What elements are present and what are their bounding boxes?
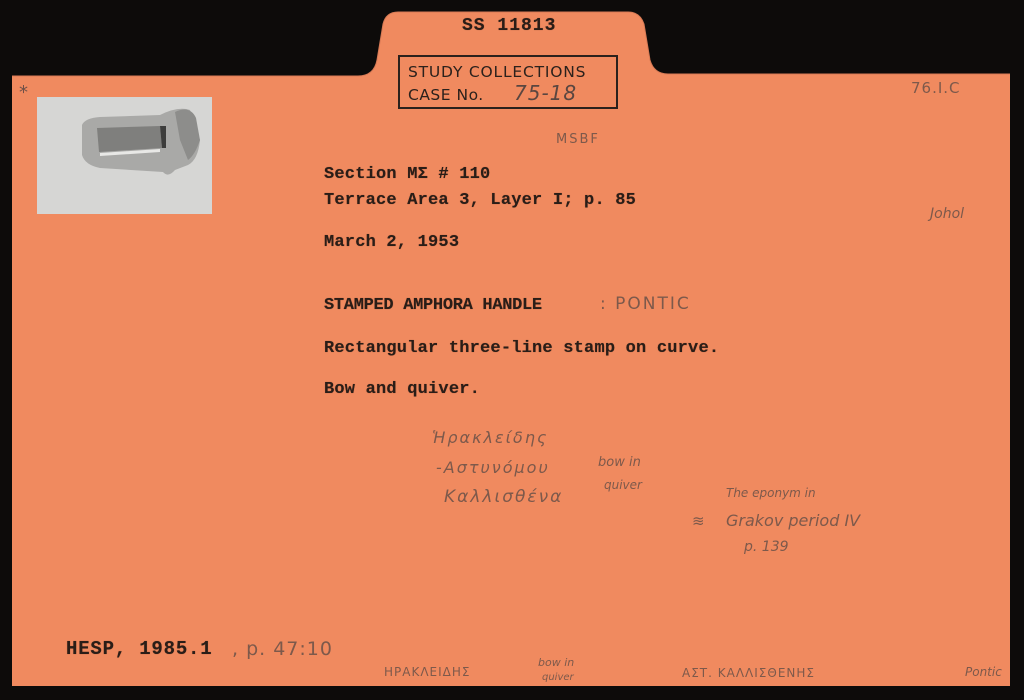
photo-handle-image [37, 97, 212, 214]
footer-greek-name: ΗΡΑΚΛΕΙΔΗΣ [384, 665, 470, 679]
description-line-1: Rectangular three-line stamp on curve. [324, 339, 719, 358]
eponym-note-line-1: The eponym in [726, 486, 816, 500]
greek-astynomos-line: -Αστυνόμου [436, 458, 550, 477]
object-type-pencil-suffix: : PONTIC [600, 294, 691, 314]
stamp-case-number: 75-18 [514, 81, 577, 105]
eponym-note-line-2: Grakov period IV [726, 511, 860, 530]
corner-asterisk-mark: * [19, 82, 28, 103]
section-line: Section MΣ # 110 [324, 165, 490, 184]
hesperia-reference: HESP, 1985.1 [66, 638, 212, 660]
margin-initials: Johol [930, 206, 964, 222]
hesperia-page-reference: , p. 47:10 [232, 638, 333, 660]
scribble-mark-icon: ≋ [692, 512, 705, 530]
bow-note-line-2: quiver [604, 478, 642, 492]
top-right-note: 76.I.C [911, 79, 961, 97]
location-line: Terrace Area 3, Layer I; p. 85 [324, 191, 636, 210]
greek-name-line: Ἡρακλείδης [432, 428, 548, 447]
tab-catalog-number: SS 11813 [462, 16, 556, 36]
stamp-study-collections: STUDY COLLECTIONS [408, 63, 586, 81]
object-type-line: STAMPED AMPHORA HANDLE [324, 296, 542, 315]
greek-kallisthena-line: Καλλισθένα [444, 487, 563, 507]
eponym-note-line-3: p. 139 [744, 539, 789, 555]
bow-note-line-1: bow in [598, 455, 641, 470]
description-line-2: Bow and quiver. [324, 380, 480, 399]
date-line: March 2, 1953 [324, 233, 459, 252]
pencil-code-msbf: MSBF [556, 132, 600, 147]
footer-bow-note-1: bow in [538, 656, 574, 669]
footer-origin: Pontic [965, 665, 1002, 679]
footer-astynomos: ΑΣΤ. ΚΑΛΛΙΣΘΕΝΗΣ [682, 666, 815, 680]
catalog-card-scan: * SS 11813 STUDY COLLECTIONS CASE No. 75… [0, 0, 1024, 700]
stamp-case-label: CASE No. [408, 86, 484, 104]
footer-bow-note-2: quiver [542, 672, 574, 683]
